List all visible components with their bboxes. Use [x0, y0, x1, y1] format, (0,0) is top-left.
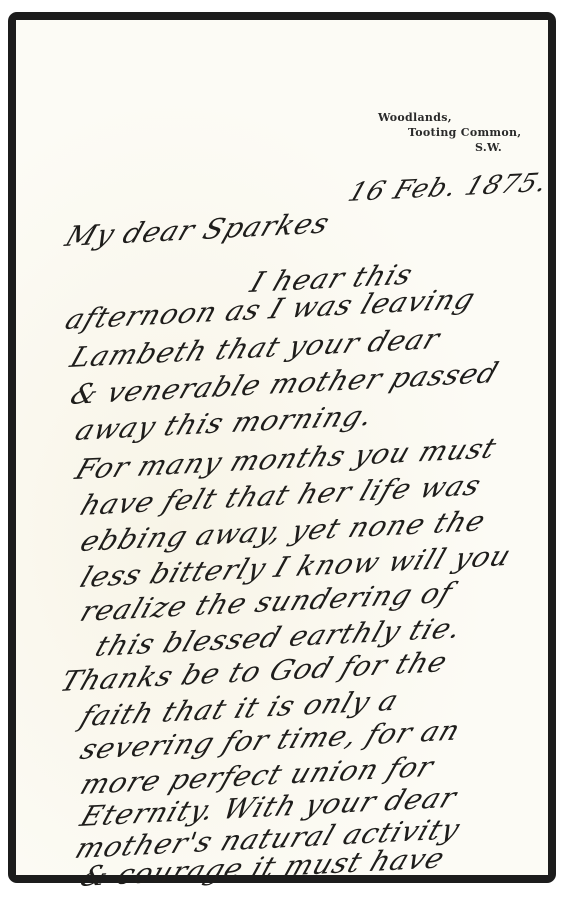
letterhead-locality: Tooting Common,	[408, 125, 521, 140]
letter-page: Woodlands, Tooting Common, S.W. 16 Feb. …	[8, 12, 556, 883]
letterhead-district: S.W.	[475, 140, 502, 155]
letterhead-house-name: Woodlands,	[378, 110, 452, 125]
